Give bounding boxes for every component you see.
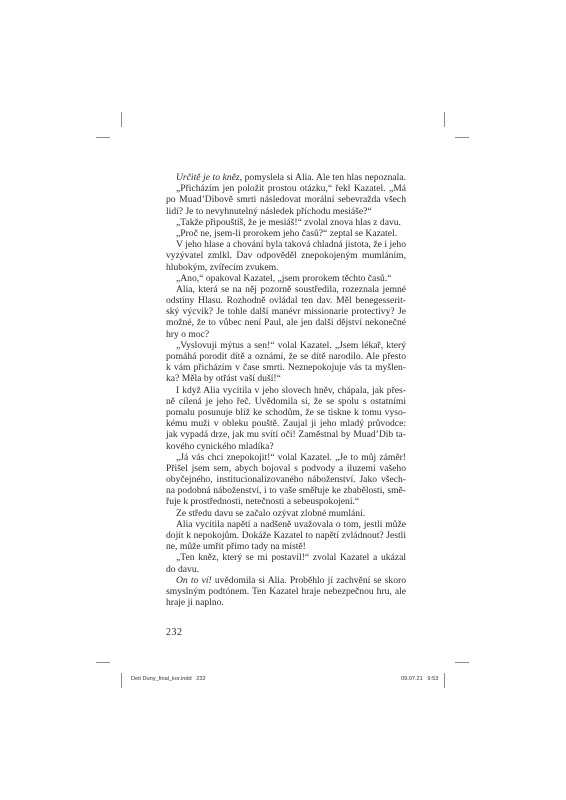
text-line: odstíny Hlasu. Rozhodně ovládal ten dav.…	[166, 295, 406, 306]
line-text: možné, že to vůbec není Paul, ale jen da…	[166, 317, 406, 328]
line-text: na podobná náboženství, i to vaše směřuj…	[166, 485, 406, 496]
italic-text: Určitě je to kněz,	[176, 172, 242, 183]
crop-mark-bottom-right-vertical	[444, 673, 445, 688]
text-line: obyčejného, institucionalizovaného nábož…	[166, 474, 406, 485]
text-line: hlubokým, zvířecím zvukem.	[166, 262, 406, 273]
text-line: ka? Měla by otřást vaší duší!“	[166, 373, 406, 384]
text-line: do davu.	[166, 564, 406, 575]
line-text: smyslným podtónem. Ten Kazatel hraje neb…	[166, 586, 406, 597]
line-text: Přišel jsem sem, abych bojoval s podvody…	[166, 463, 406, 474]
page-number: 232	[166, 627, 183, 638]
text-line: hry o moc?	[166, 329, 406, 340]
text-line: ne, může umřít přímo tady na místě!	[166, 541, 406, 552]
line-text: lidí? Je to nevyhnutelný následek přícho…	[166, 206, 372, 217]
line-text: hraje ji naplno.	[166, 597, 224, 608]
line-text: hry o moc?	[166, 329, 209, 340]
line-text: „Já vás chci znepokojit!“ volal Kazatel.…	[176, 452, 406, 463]
line-text: Alia vycítila napětí a nadšeně uvažovala…	[176, 519, 406, 530]
text-line: možné, že to vůbec není Paul, ale jen da…	[166, 317, 406, 328]
line-text: „Takže připouštíš, že je mesiáš!“ zvolal…	[176, 217, 401, 228]
text-line: On to ví! uvědomila si Alia. Proběhlo jí…	[166, 575, 406, 586]
line-text: odstíny Hlasu. Rozhodně ovládal ten dav.…	[166, 295, 406, 306]
text-line: ně cílená je jeho řeč. Uvědomila si, že …	[166, 396, 406, 407]
line-text: I když Alia vycítila v jeho slovech hněv…	[176, 385, 406, 396]
line-text: řuje k prostřednosti, netečnosti a sebeu…	[166, 496, 359, 507]
italic-text: On to ví!	[176, 575, 212, 586]
line-text: V jeho hlase a chování byla taková chlad…	[176, 239, 406, 250]
line-text: Ze středu davu se začalo ozývat zlobné m…	[176, 508, 365, 519]
crop-mark-top-right-horizontal	[455, 137, 469, 138]
line-text: dojít k nepokojům. Dokáže Kazatel to nap…	[166, 530, 406, 541]
line-text: „Ten kněz, který se mi postavil!“ zvolal…	[176, 552, 406, 563]
text-line: po Muad’Dibově smrti následovat morální …	[166, 194, 406, 205]
body-text: Určitě je to kněz, pomyslela si Alia. Al…	[166, 172, 406, 608]
line-text: do davu.	[166, 564, 199, 575]
text-line: pomalu posunuje blíž ke schodům, že se t…	[166, 407, 406, 418]
text-line: ský výcvik? Je tohle další manévr missio…	[166, 306, 406, 317]
text-line: kému muži v obleku pouště. Zaujal ji jeh…	[166, 418, 406, 429]
text-line: „Ten kněz, který se mi postavil!“ zvolal…	[166, 552, 406, 563]
line-text: pomáhá porodit dítě a oznámí, že se dítě…	[166, 351, 406, 362]
text-line: řuje k prostřednosti, netečnosti a sebeu…	[166, 496, 406, 507]
slug-filename: Deti Duny_final_kor.indd 232	[131, 676, 206, 682]
crop-mark-top-right-vertical	[444, 112, 445, 127]
text-line: I když Alia vycítila v jeho slovech hněv…	[166, 385, 406, 396]
line-text: ně cílená je jeho řeč. Uvědomila si, že …	[166, 396, 406, 407]
text-line: „Vyslovuji mýtus a sen!“ volal Kazatel. …	[166, 340, 406, 351]
text-line: lidí? Je to nevyhnutelný následek přícho…	[166, 206, 406, 217]
crop-mark-bottom-right-horizontal	[455, 662, 469, 663]
text-line: pomáhá porodit dítě a oznámí, že se dítě…	[166, 351, 406, 362]
line-text: kového cynického mladíka?	[166, 441, 274, 452]
line-text: vyzývatel zmlkl. Dav odpověděl znepokoje…	[166, 250, 406, 261]
line-text: ka? Měla by otřást vaší duší!“	[166, 373, 281, 384]
text-line: k vám přicházím v čase smrti. Neznepokoj…	[166, 362, 406, 373]
line-text: uvědomila si Alia. Proběhlo jí zachvění …	[212, 575, 406, 586]
line-text: „Přicházím jen položit prostou otázku,“ …	[176, 183, 406, 194]
text-line: na podobná náboženství, i to vaše směřuj…	[166, 485, 406, 496]
line-text: „Proč ne, jsem-li prorokem jeho časů?“ z…	[176, 228, 397, 239]
text-line: Alia vycítila napětí a nadšeně uvažovala…	[166, 519, 406, 530]
text-line: kového cynického mladíka?	[166, 441, 406, 452]
text-line: dojít k nepokojům. Dokáže Kazatel to nap…	[166, 530, 406, 541]
text-line: „Já vás chci znepokojit!“ volal Kazatel.…	[166, 452, 406, 463]
slug-datetime: 09.07.21 9:53	[401, 676, 438, 682]
text-line: vyzývatel zmlkl. Dav odpověděl znepokoje…	[166, 250, 406, 261]
text-line: „Proč ne, jsem-li prorokem jeho časů?“ z…	[166, 228, 406, 239]
text-line: hraje ji naplno.	[166, 597, 406, 608]
text-line: Určitě je to kněz, pomyslela si Alia. Al…	[166, 172, 406, 183]
crop-mark-bottom-left-horizontal	[96, 662, 110, 663]
text-line: Alia, která se na něj pozorně soustředil…	[166, 284, 406, 295]
text-line: „Ano,“ opakoval Kazatel, „jsem prorokem …	[166, 273, 406, 284]
text-line: smyslným podtónem. Ten Kazatel hraje neb…	[166, 586, 406, 597]
text-line: „Přicházím jen položit prostou otázku,“ …	[166, 183, 406, 194]
text-line: jak vypadá drze, jak mu svítí oči! Zaměs…	[166, 429, 406, 440]
line-text: obyčejného, institucionalizovaného nábož…	[166, 474, 406, 485]
crop-mark-top-left-horizontal	[96, 137, 110, 138]
text-line: „Takže připouštíš, že je mesiáš!“ zvolal…	[166, 217, 406, 228]
line-text: Alia, která se na něj pozorně soustředil…	[176, 284, 406, 295]
line-text: k vám přicházím v čase smrti. Neznepokoj…	[166, 362, 406, 373]
line-text: pomalu posunuje blíž ke schodům, že se t…	[166, 407, 406, 418]
crop-mark-bottom-left-vertical	[121, 673, 122, 688]
text-line: V jeho hlase a chování byla taková chlad…	[166, 239, 406, 250]
line-text: ne, může umřít přímo tady na místě!	[166, 541, 306, 552]
line-text: „Vyslovuji mýtus a sen!“ volal Kazatel. …	[176, 340, 406, 351]
line-text: pomyslela si Alia. Ale ten hlas nepoznal…	[242, 172, 406, 183]
line-text: „Ano,“ opakoval Kazatel, „jsem prorokem …	[176, 273, 392, 284]
line-text: ský výcvik? Je tohle další manévr missio…	[166, 306, 406, 317]
line-text: po Muad’Dibově smrti následovat morální …	[166, 194, 406, 205]
line-text: jak vypadá drze, jak mu svítí oči! Zaměs…	[166, 429, 406, 440]
crop-mark-top-left-vertical	[121, 112, 122, 127]
line-text: kému muži v obleku pouště. Zaujal ji jeh…	[166, 418, 406, 429]
text-line: Ze středu davu se začalo ozývat zlobné m…	[166, 508, 406, 519]
text-line: Přišel jsem sem, abych bojoval s podvody…	[166, 463, 406, 474]
line-text: hlubokým, zvířecím zvukem.	[166, 262, 278, 273]
